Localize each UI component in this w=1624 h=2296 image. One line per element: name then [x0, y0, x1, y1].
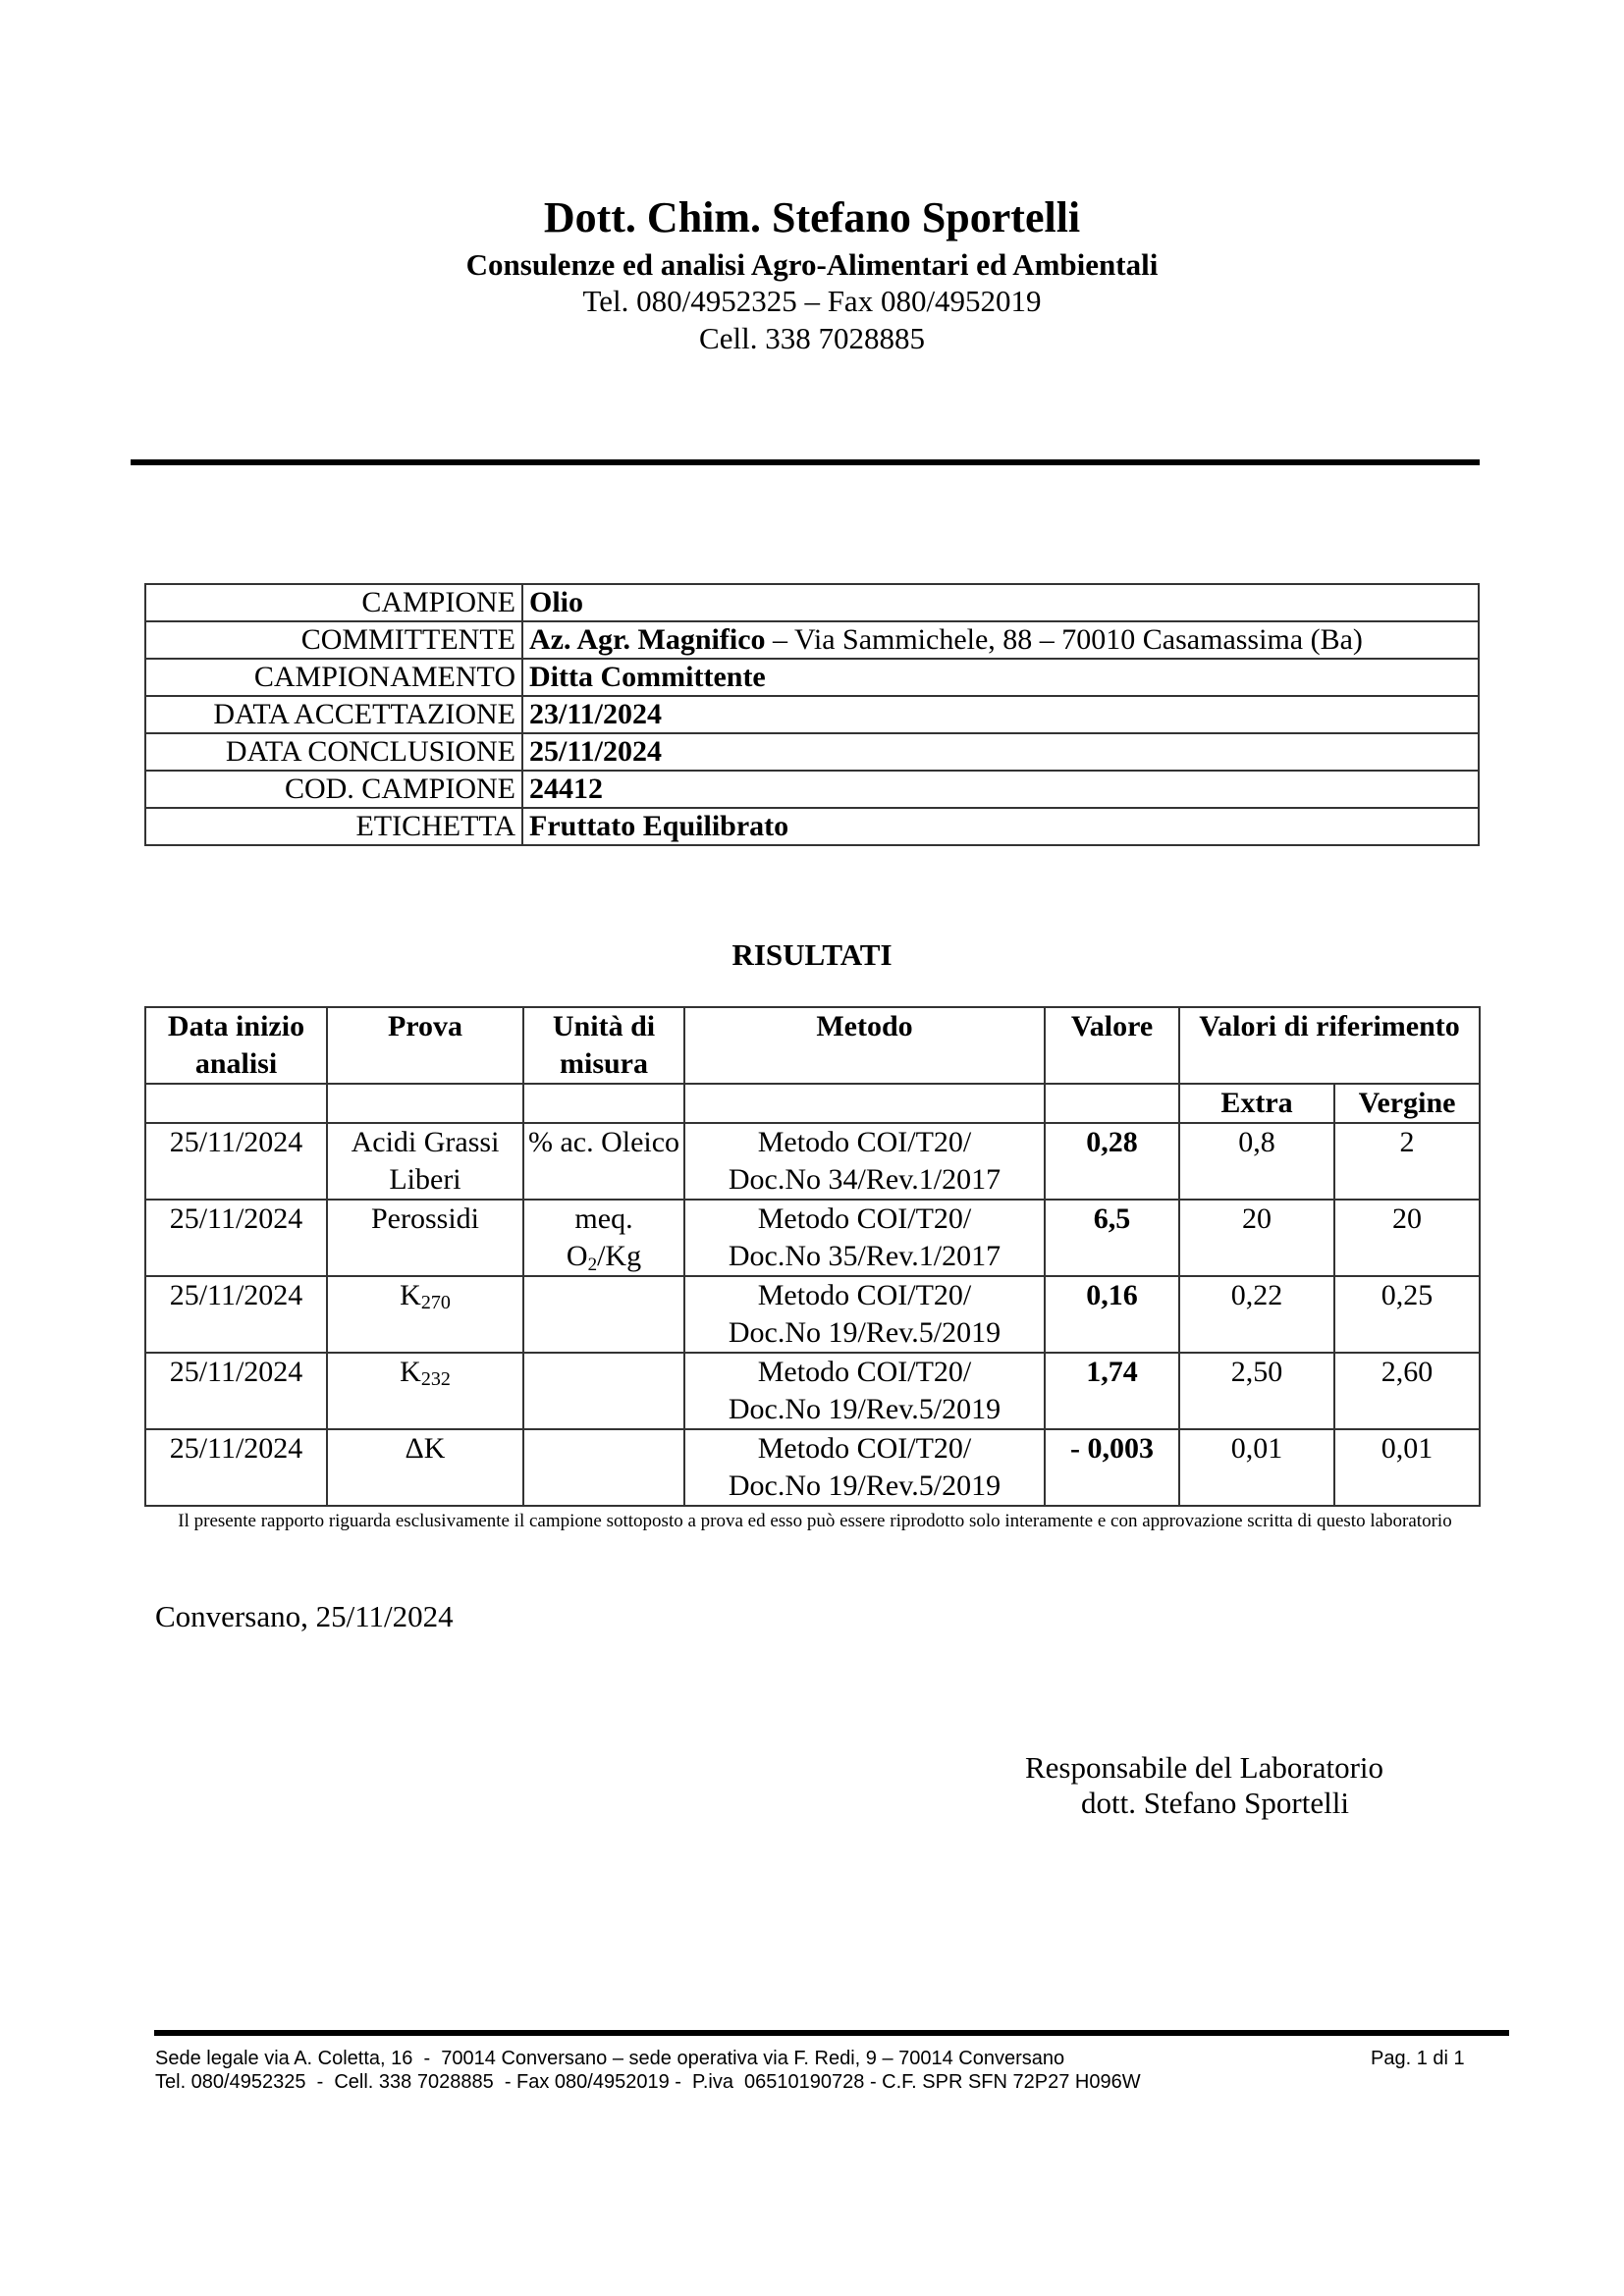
page-number: Pag. 1 di 1 [1371, 2047, 1465, 2070]
cell-value: 6,5 [1045, 1200, 1179, 1276]
cell-date: 25/11/2024 [145, 1353, 327, 1429]
results-row: 25/11/2024ΔKMetodo COI/T20/Doc.No 19/Rev… [145, 1429, 1480, 1506]
disclaimer: Il presente rapporto riguarda esclusivam… [147, 1509, 1483, 1533]
cell-extra: 0,22 [1179, 1276, 1334, 1353]
results-row: 25/11/2024K270Metodo COI/T20/Doc.No 19/R… [145, 1276, 1480, 1353]
cell-date: 25/11/2024 [145, 1200, 327, 1276]
info-value: 23/11/2024 [522, 696, 1479, 733]
info-row-cod-campione: COD. CAMPIONE 24412 [145, 771, 1479, 808]
cell-vergine: 20 [1334, 1200, 1480, 1276]
footer-contacts: Tel. 080/4952325 - Cell. 338 7028885 - F… [155, 2070, 1141, 2094]
cell-test: K270 [327, 1276, 523, 1353]
cell-extra: 2,50 [1179, 1353, 1334, 1429]
info-label: CAMPIONAMENTO [145, 659, 522, 696]
info-value: Fruttato Equilibrato [522, 808, 1479, 845]
cell-method: Metodo COI/T20/Doc.No 35/Rev.1/2017 [684, 1200, 1045, 1276]
info-label: COD. CAMPIONE [145, 771, 522, 808]
info-row-campione: CAMPIONE Olio [145, 584, 1479, 621]
header-divider [131, 459, 1480, 465]
cell-extra: 20 [1179, 1200, 1334, 1276]
results-row: 25/11/2024Perossidimeq.O2/KgMetodo COI/T… [145, 1200, 1480, 1276]
cell-unit [523, 1276, 684, 1353]
footer-address: Sede legale via A. Coletta, 16 - 70014 C… [155, 2047, 1064, 2070]
header-test: Prova [327, 1007, 523, 1084]
info-label: COMMITTENTE [145, 621, 522, 659]
cell-extra: 0,01 [1179, 1429, 1334, 1506]
cell-value: 0,28 [1045, 1123, 1179, 1200]
cell-method: Metodo COI/T20/Doc.No 19/Rev.5/2019 [684, 1353, 1045, 1429]
cell-unit: meq.O2/Kg [523, 1200, 684, 1276]
header-method: Metodo [684, 1007, 1045, 1084]
results-header-row: Data inizio analisi Prova Unità di misur… [145, 1007, 1480, 1084]
info-row-etichetta: ETICHETTA Fruttato Equilibrato [145, 808, 1479, 845]
cell-date: 25/11/2024 [145, 1123, 327, 1200]
info-label: ETICHETTA [145, 808, 522, 845]
lab-cell: Cell. 338 7028885 [0, 320, 1624, 357]
cell-vergine: 2,60 [1334, 1353, 1480, 1429]
results-row: 25/11/2024Acidi Grassi Liberi% ac. Oleic… [145, 1123, 1480, 1200]
signature-role: Responsabile del Laboratorio [1001, 1749, 1473, 1787]
info-label: DATA ACCETTAZIONE [145, 696, 522, 733]
info-label: DATA CONCLUSIONE [145, 733, 522, 771]
footer-divider [154, 2030, 1509, 2036]
empty-cell [1045, 1084, 1179, 1123]
info-row-data-conclusione: DATA CONCLUSIONE 25/11/2024 [145, 733, 1479, 771]
cell-value: 0,16 [1045, 1276, 1179, 1353]
header-value: Valore [1045, 1007, 1179, 1084]
cell-value: - 0,003 [1045, 1429, 1179, 1506]
cell-method: Metodo COI/T20/Doc.No 34/Rev.1/2017 [684, 1123, 1045, 1200]
place-date: Conversano, 25/11/2024 [155, 1598, 454, 1635]
client-name: Az. Agr. Magnifico [529, 623, 766, 656]
header-vergine: Vergine [1334, 1084, 1480, 1123]
cell-test: K232 [327, 1353, 523, 1429]
info-row-data-accettazione: DATA ACCETTAZIONE 23/11/2024 [145, 696, 1479, 733]
cell-extra: 0,8 [1179, 1123, 1334, 1200]
info-value: Ditta Committente [522, 659, 1479, 696]
empty-cell [684, 1084, 1045, 1123]
info-value: Olio [522, 584, 1479, 621]
cell-test: Acidi Grassi Liberi [327, 1123, 523, 1200]
header-unit: Unità di misura [523, 1007, 684, 1084]
info-row-campionamento: CAMPIONAMENTO Ditta Committente [145, 659, 1479, 696]
lab-tel-fax: Tel. 080/4952325 – Fax 080/4952019 [0, 283, 1624, 320]
sample-info-table: CAMPIONE Olio COMMITTENTE Az. Agr. Magni… [144, 583, 1480, 846]
cell-vergine: 2 [1334, 1123, 1480, 1200]
header-date: Data inizio analisi [145, 1007, 327, 1084]
cell-test: ΔK [327, 1429, 523, 1506]
header-extra: Extra [1179, 1084, 1334, 1123]
cell-unit [523, 1429, 684, 1506]
cell-value: 1,74 [1045, 1353, 1179, 1429]
empty-cell [145, 1084, 327, 1123]
info-label: CAMPIONE [145, 584, 522, 621]
results-subheader-row: Extra Vergine [145, 1084, 1480, 1123]
empty-cell [523, 1084, 684, 1123]
client-address: – Via Sammichele, 88 – 70010 Casamassima… [766, 623, 1363, 656]
cell-method: Metodo COI/T20/Doc.No 19/Rev.5/2019 [684, 1429, 1045, 1506]
lab-name: Dott. Chim. Stefano Sportelli [0, 192, 1624, 243]
info-row-committente: COMMITTENTE Az. Agr. Magnifico – Via Sam… [145, 621, 1479, 659]
cell-test: Perossidi [327, 1200, 523, 1276]
cell-method: Metodo COI/T20/Doc.No 19/Rev.5/2019 [684, 1276, 1045, 1353]
lab-subtitle: Consulenze ed analisi Agro-Alimentari ed… [0, 246, 1624, 284]
empty-cell [327, 1084, 523, 1123]
info-value: 25/11/2024 [522, 733, 1479, 771]
cell-unit: % ac. Oleico [523, 1123, 684, 1200]
cell-vergine: 0,01 [1334, 1429, 1480, 1506]
results-row: 25/11/2024K232Metodo COI/T20/Doc.No 19/R… [145, 1353, 1480, 1429]
cell-date: 25/11/2024 [145, 1276, 327, 1353]
cell-vergine: 0,25 [1334, 1276, 1480, 1353]
cell-unit [523, 1353, 684, 1429]
results-table: Data inizio analisi Prova Unità di misur… [144, 1006, 1481, 1507]
cell-date: 25/11/2024 [145, 1429, 327, 1506]
header-reference: Valori di riferimento [1179, 1007, 1480, 1084]
info-value: 24412 [522, 771, 1479, 808]
info-value: Az. Agr. Magnifico – Via Sammichele, 88 … [522, 621, 1479, 659]
results-title: RISULTATI [0, 936, 1624, 974]
signature-name: dott. Stefano Sportelli [1001, 1785, 1473, 1822]
